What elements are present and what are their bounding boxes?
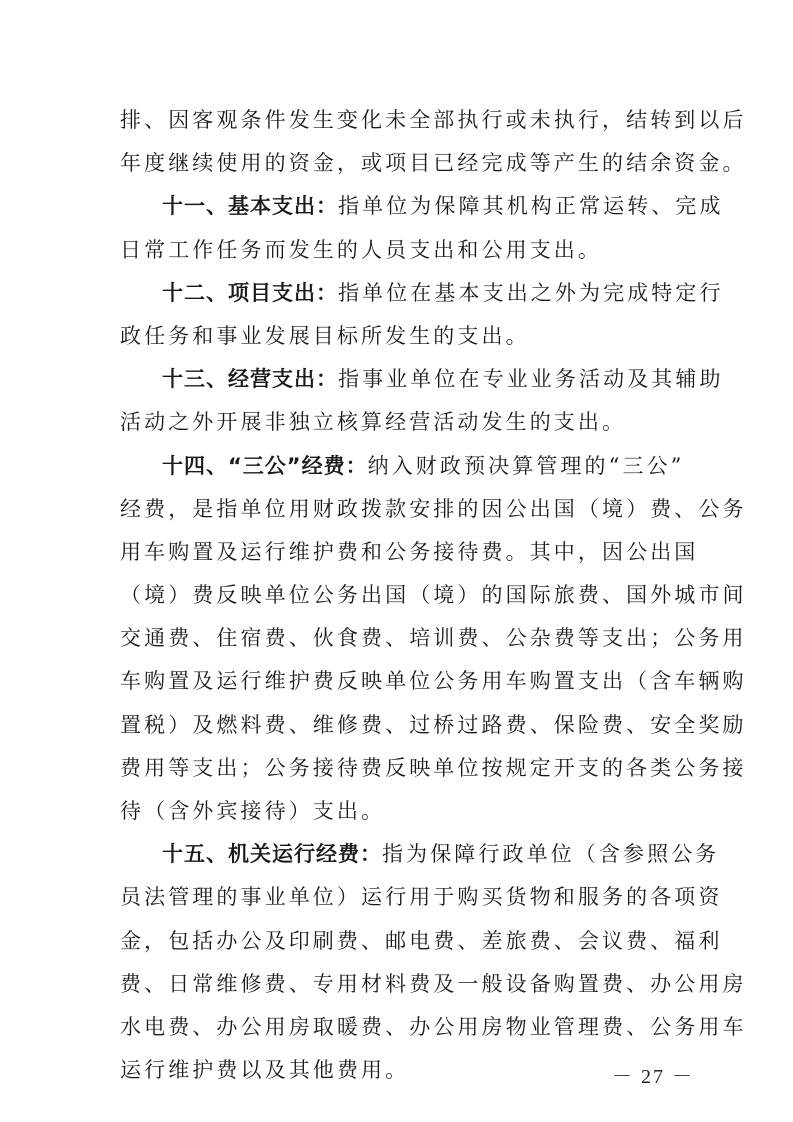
definition-line: 经费，是指单位用财政拨款安排的因公出国（境）费、公务	[120, 488, 672, 531]
definition-item-15: 十五、机关运行经费：指为保障行政单位（含参照公务	[120, 833, 672, 876]
definition-line: 日常工作任务而发生的人员支出和公用支出。	[120, 229, 672, 272]
definition-text: 指单位为保障其机构正常运转、完成	[338, 194, 724, 218]
continuation-line: 排、因客观条件发生变化未全部执行或未执行，结转到以后	[120, 99, 672, 142]
definition-line: 置税）及燃料费、维修费、过桥过路费、保险费、安全奖励	[120, 704, 672, 747]
continuation-line: 年度继续使用的资金，或项目已经完成等产生的结余资金。	[120, 142, 672, 185]
definition-term: 十一、基本支出：	[162, 194, 338, 218]
definition-line: 费用等支出；公务接待费反映单位按规定开支的各类公务接	[120, 747, 672, 790]
definition-line: 员法管理的事业单位）运行用于购买货物和服务的各项资	[120, 876, 672, 919]
definition-item-12: 十二、项目支出：指单位在基本支出之外为完成特定行	[120, 272, 672, 315]
definition-line: 政任务和事业发展目标所发生的支出。	[120, 315, 672, 358]
definition-text: 指为保障行政单位（含参照公务	[382, 842, 719, 866]
definition-line: 待（含外宾接待）支出。	[120, 790, 672, 833]
definition-line: 水电费、办公用房取暖费、办公用房物业管理费、公务用车	[120, 1006, 672, 1049]
definition-line: 费、日常维修费、专用材料费及一般设备购置费、办公用房	[120, 963, 672, 1006]
definition-line: 车购置及运行维护费反映单位公务用车购置支出（含车辆购	[120, 660, 672, 703]
definition-line: 运行维护费以及其他费用。	[120, 1049, 672, 1092]
definition-line: 交通费、住宿费、伙食费、培训费、公杂费等支出；公务用	[120, 617, 672, 660]
definition-term: 十三、经营支出：	[162, 367, 338, 391]
definition-text: 纳入财政预决算管理的“三公”	[368, 454, 685, 478]
definition-term: 十五、机关运行经费：	[162, 842, 382, 866]
definition-item-11: 十一、基本支出：指单位为保障其机构正常运转、完成	[120, 185, 672, 228]
definition-line: 活动之外开展非独立核算经营活动发生的支出。	[120, 401, 672, 444]
definition-item-13: 十三、经营支出：指事业单位在专业业务活动及其辅助	[120, 358, 672, 401]
page-number: － 27 －	[612, 1060, 694, 1089]
definition-text: 指单位在基本支出之外为完成特定行	[338, 281, 724, 305]
definition-term: 十四、“三公”经费：	[162, 454, 368, 478]
definition-line: 金，包括办公及印刷费、邮电费、差旅费、会议费、福利	[120, 920, 672, 963]
document-body: 排、因客观条件发生变化未全部执行或未执行，结转到以后 年度继续使用的资金，或项目…	[120, 99, 672, 1092]
definition-line: 用车购置及运行维护费和公务接待费。其中，因公出国	[120, 531, 672, 574]
definition-term: 十二、项目支出：	[162, 281, 338, 305]
definition-item-14: 十四、“三公”经费：纳入财政预决算管理的“三公”	[120, 445, 672, 488]
definition-text: 指事业单位在专业业务活动及其辅助	[338, 367, 724, 391]
definition-line: （境）费反映单位公务出国（境）的国际旅费、国外城市间	[120, 574, 672, 617]
